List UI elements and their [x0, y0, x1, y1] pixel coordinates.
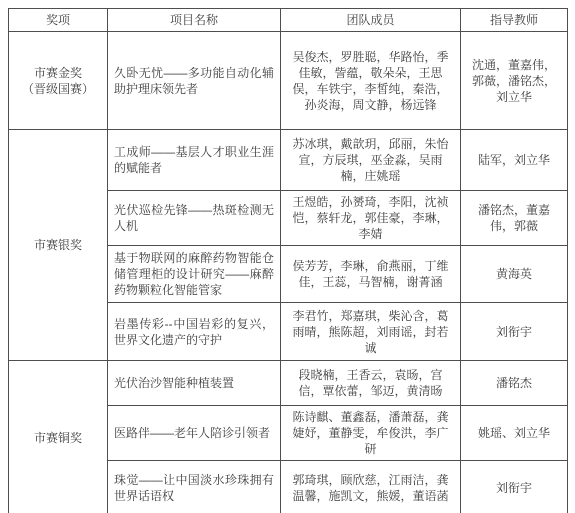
table-row-gold-1: 市赛金奖 （晋级国赛） 久卧无忧——多功能自动化辅助护理床领先者 吴俊杰，罗胜聪…: [9, 32, 568, 130]
team-members: 郭琦琪，顾欣慈，江雨洁，龚温馨，施凯文，熊媛，董语菡: [281, 461, 461, 513]
team-members: 苏冰琪，戴歆玥，邱丽，朱怡宣，方辰琪，巫金淼，吴雨楠，庄姚瑶: [281, 130, 461, 191]
advisors: 黄海英: [461, 246, 568, 303]
team-members: 段晓楠，王香云，袁旸，宫信，覃依蕾，邹迈，黄清旸: [281, 361, 461, 406]
project-name: 久卧无忧——多功能自动化辅助护理床领先者: [108, 32, 281, 130]
advisors: 陆军，刘立华: [461, 130, 568, 191]
award-bronze-label: 市赛铜奖: [9, 361, 108, 513]
team-members: 李君竹，郑嘉琪，柴沁含，葛雨晴，熊陈超，刘雨谣，封若诚: [281, 303, 461, 361]
header-award: 奖项: [9, 9, 108, 32]
advisors: 刘衔宇: [461, 461, 568, 513]
header-row: 奖项 项目名称 团队成员 指导教师: [9, 9, 568, 32]
project-name: 工成师——基层人才职业生涯的赋能者: [108, 130, 281, 191]
table-row-silver-1: 市赛银奖 工成师——基层人才职业生涯的赋能者 苏冰琪，戴歆玥，邱丽，朱怡宣，方辰…: [9, 130, 568, 191]
award-silver-label: 市赛银奖: [9, 130, 108, 361]
table-row-bronze-1: 市赛铜奖 光伏治沙智能种植装置 段晓楠，王香云，袁旸，宫信，覃依蕾，邹迈，黄清旸…: [9, 361, 568, 406]
team-members: 吴俊杰，罗胜聪，华路怡，季佳敏，訾蕴，敬朵朵，王思俣，车铁宇，李皙纯，秦浩，孙炎…: [281, 32, 461, 130]
project-name: 光伏巡检先锋——热斑检测无人机: [108, 191, 281, 246]
header-advisors: 指导教师: [461, 9, 568, 32]
advisors: 沈通，董嘉伟，郭薇，潘铭杰，刘立华: [461, 32, 568, 130]
header-project: 项目名称: [108, 9, 281, 32]
advisors: 潘铭杰，董嘉伟，郭薇: [461, 191, 568, 246]
team-members: 侯芳芳，李琳，俞燕丽，丁维佳，王蕊，马智楠，谢菁涵: [281, 246, 461, 303]
team-members: 王煜皓，孙赟琦，李阳，沈祯恺，蔡轩龙，郭佳豪，李琳，李婧: [281, 191, 461, 246]
project-name: 光伏治沙智能种植装置: [108, 361, 281, 406]
team-members: 陈诗麒、董鑫磊，潘萧磊，龚婕妤，董静雯，牟俊洪，李广研: [281, 406, 461, 461]
project-name: 珠觉——让中国淡水珍珠拥有世界话语权: [108, 461, 281, 513]
project-name: 基于物联网的麻醉药物智能仓储管理柜的设计研究——麻醉药物颗粒化智能管家: [108, 246, 281, 303]
award-table: 奖项 项目名称 团队成员 指导教师 市赛金奖 （晋级国赛） 久卧无忧——多功能自…: [8, 8, 568, 513]
project-name: 医路伴——老年人陪诊引领者: [108, 406, 281, 461]
header-team: 团队成员: [281, 9, 461, 32]
award-gold-label: 市赛金奖 （晋级国赛）: [9, 32, 108, 130]
project-name: 岩墨传彩--中国岩彩的复兴，世界文化遗产的守护: [108, 303, 281, 361]
advisors: 姚瑶、刘立华: [461, 406, 568, 461]
document-page: 奖项 项目名称 团队成员 指导教师 市赛金奖 （晋级国赛） 久卧无忧——多功能自…: [0, 0, 575, 513]
advisors: 刘衔宇: [461, 303, 568, 361]
advisors: 潘铭杰: [461, 361, 568, 406]
